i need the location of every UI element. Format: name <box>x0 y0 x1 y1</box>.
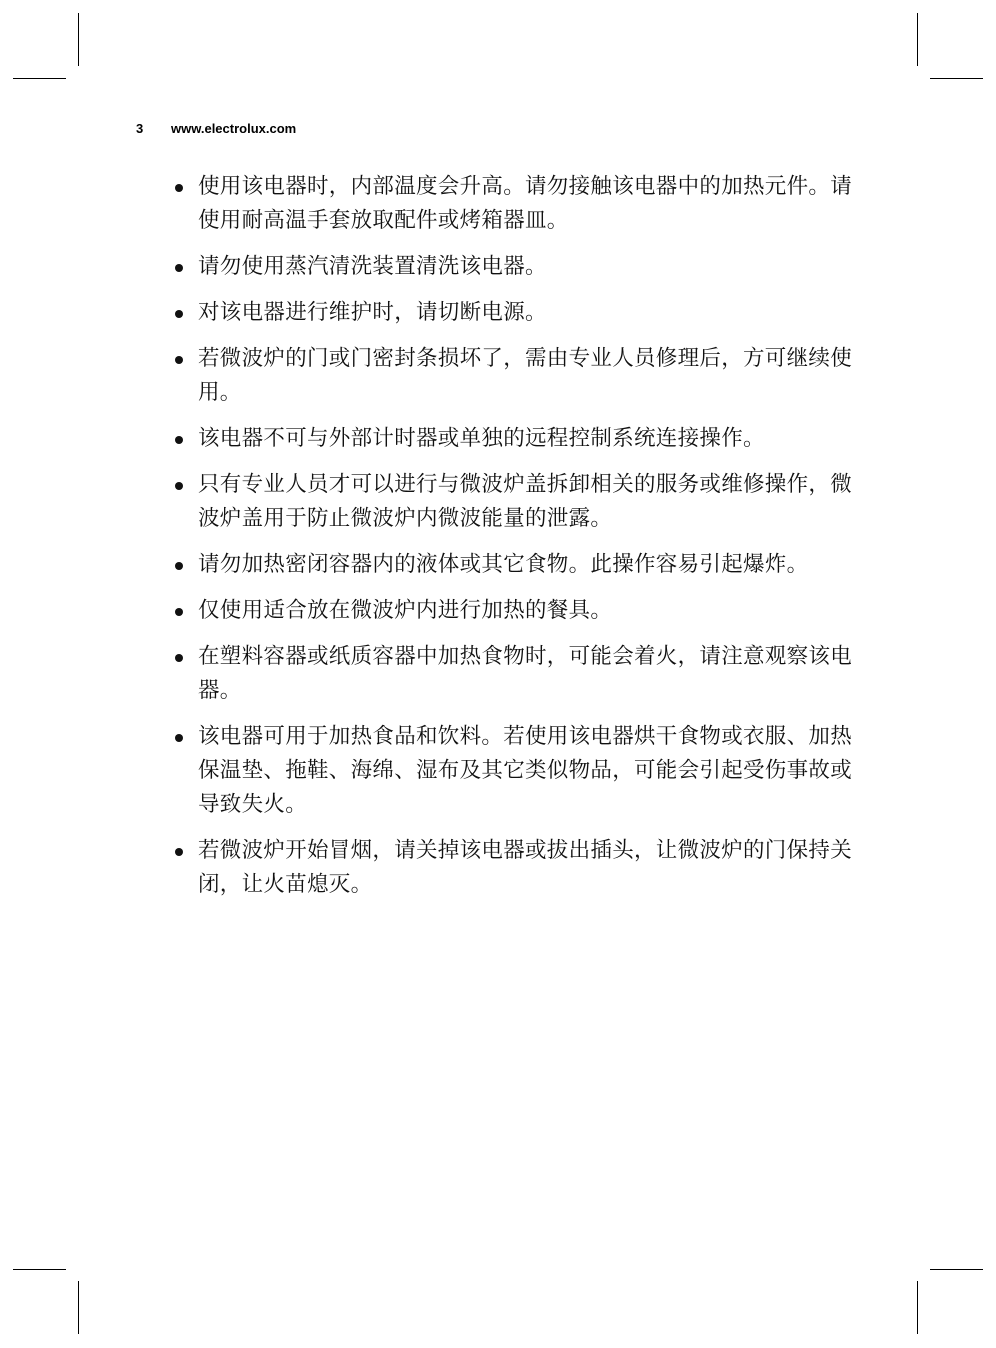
list-item: 该电器可用于加热食品和饮料。若使用该电器烘干食物或衣服、加热保温垫、拖鞋、海绵、… <box>172 720 872 822</box>
list-item: 若微波炉开始冒烟，请关掉该电器或拔出插头，让微波炉的门保持关闭，让火苗熄灭。 <box>172 834 872 902</box>
list-item-text: 该电器不可与外部计时器或单独的远程控制系统连接操作。 <box>198 426 765 451</box>
list-item: 请勿加热密闭容器内的液体或其它食物。此操作容易引起爆炸。 <box>172 548 872 582</box>
bullet-icon <box>175 848 183 856</box>
bullet-icon <box>175 562 183 570</box>
crop-mark-bottom-left-vertical <box>78 1281 79 1334</box>
crop-mark-top-left-horizontal <box>13 78 66 79</box>
page-header: 3 www.electrolux.com <box>136 121 296 136</box>
list-item-text: 在塑料容器或纸质容器中加热食物时，可能会着火，请注意观察该电器。 <box>198 644 852 703</box>
list-item: 该电器不可与外部计时器或单独的远程控制系统连接操作。 <box>172 422 872 456</box>
bullet-icon <box>175 608 183 616</box>
list-item-text: 若微波炉开始冒烟，请关掉该电器或拔出插头，让微波炉的门保持关闭，让火苗熄灭。 <box>198 838 852 897</box>
bullet-icon <box>175 482 183 490</box>
bullet-icon <box>175 310 183 318</box>
list-item-text: 该电器可用于加热食品和饮料。若使用该电器烘干食物或衣服、加热保温垫、拖鞋、海绵、… <box>198 724 852 817</box>
crop-mark-top-right-horizontal <box>930 78 983 79</box>
list-item-text: 请勿加热密闭容器内的液体或其它食物。此操作容易引起爆炸。 <box>198 552 808 577</box>
bullet-icon <box>175 734 183 742</box>
safety-instructions-list: 使用该电器时，内部温度会升高。请勿接触该电器中的加热元件。请使用耐高温手套放取配… <box>172 170 872 914</box>
crop-mark-top-right-vertical <box>917 13 918 66</box>
website-url: www.electrolux.com <box>171 121 296 136</box>
bullet-icon <box>175 436 183 444</box>
list-item-text: 若微波炉的门或门密封条损坏了，需由专业人员修理后，方可继续使用。 <box>198 346 852 405</box>
list-item: 若微波炉的门或门密封条损坏了，需由专业人员修理后，方可继续使用。 <box>172 342 872 410</box>
list-item: 仅使用适合放在微波炉内进行加热的餐具。 <box>172 594 872 628</box>
list-item: 对该电器进行维护时，请切断电源。 <box>172 296 872 330</box>
list-item: 使用该电器时，内部温度会升高。请勿接触该电器中的加热元件。请使用耐高温手套放取配… <box>172 170 872 238</box>
crop-mark-bottom-left-horizontal <box>13 1269 66 1270</box>
list-item: 只有专业人员才可以进行与微波炉盖拆卸相关的服务或维修操作，微波炉盖用于防止微波炉… <box>172 468 872 536</box>
list-item: 在塑料容器或纸质容器中加热食物时，可能会着火，请注意观察该电器。 <box>172 640 872 708</box>
bullet-icon <box>175 184 183 192</box>
crop-mark-top-left-vertical <box>78 13 79 66</box>
crop-mark-bottom-right-horizontal <box>930 1269 983 1270</box>
bullet-icon <box>175 654 183 662</box>
page-number: 3 <box>136 121 171 136</box>
list-item-text: 使用该电器时，内部温度会升高。请勿接触该电器中的加热元件。请使用耐高温手套放取配… <box>198 174 852 233</box>
bullet-icon <box>175 356 183 364</box>
list-item-text: 只有专业人员才可以进行与微波炉盖拆卸相关的服务或维修操作，微波炉盖用于防止微波炉… <box>198 472 852 531</box>
list-item-text: 请勿使用蒸汽清洗装置清洗该电器。 <box>198 254 547 279</box>
list-item-text: 仅使用适合放在微波炉内进行加热的餐具。 <box>198 598 612 623</box>
list-item: 请勿使用蒸汽清洗装置清洗该电器。 <box>172 250 872 284</box>
list-item-text: 对该电器进行维护时，请切断电源。 <box>198 300 547 325</box>
crop-mark-bottom-right-vertical <box>917 1281 918 1334</box>
bullet-icon <box>175 264 183 272</box>
